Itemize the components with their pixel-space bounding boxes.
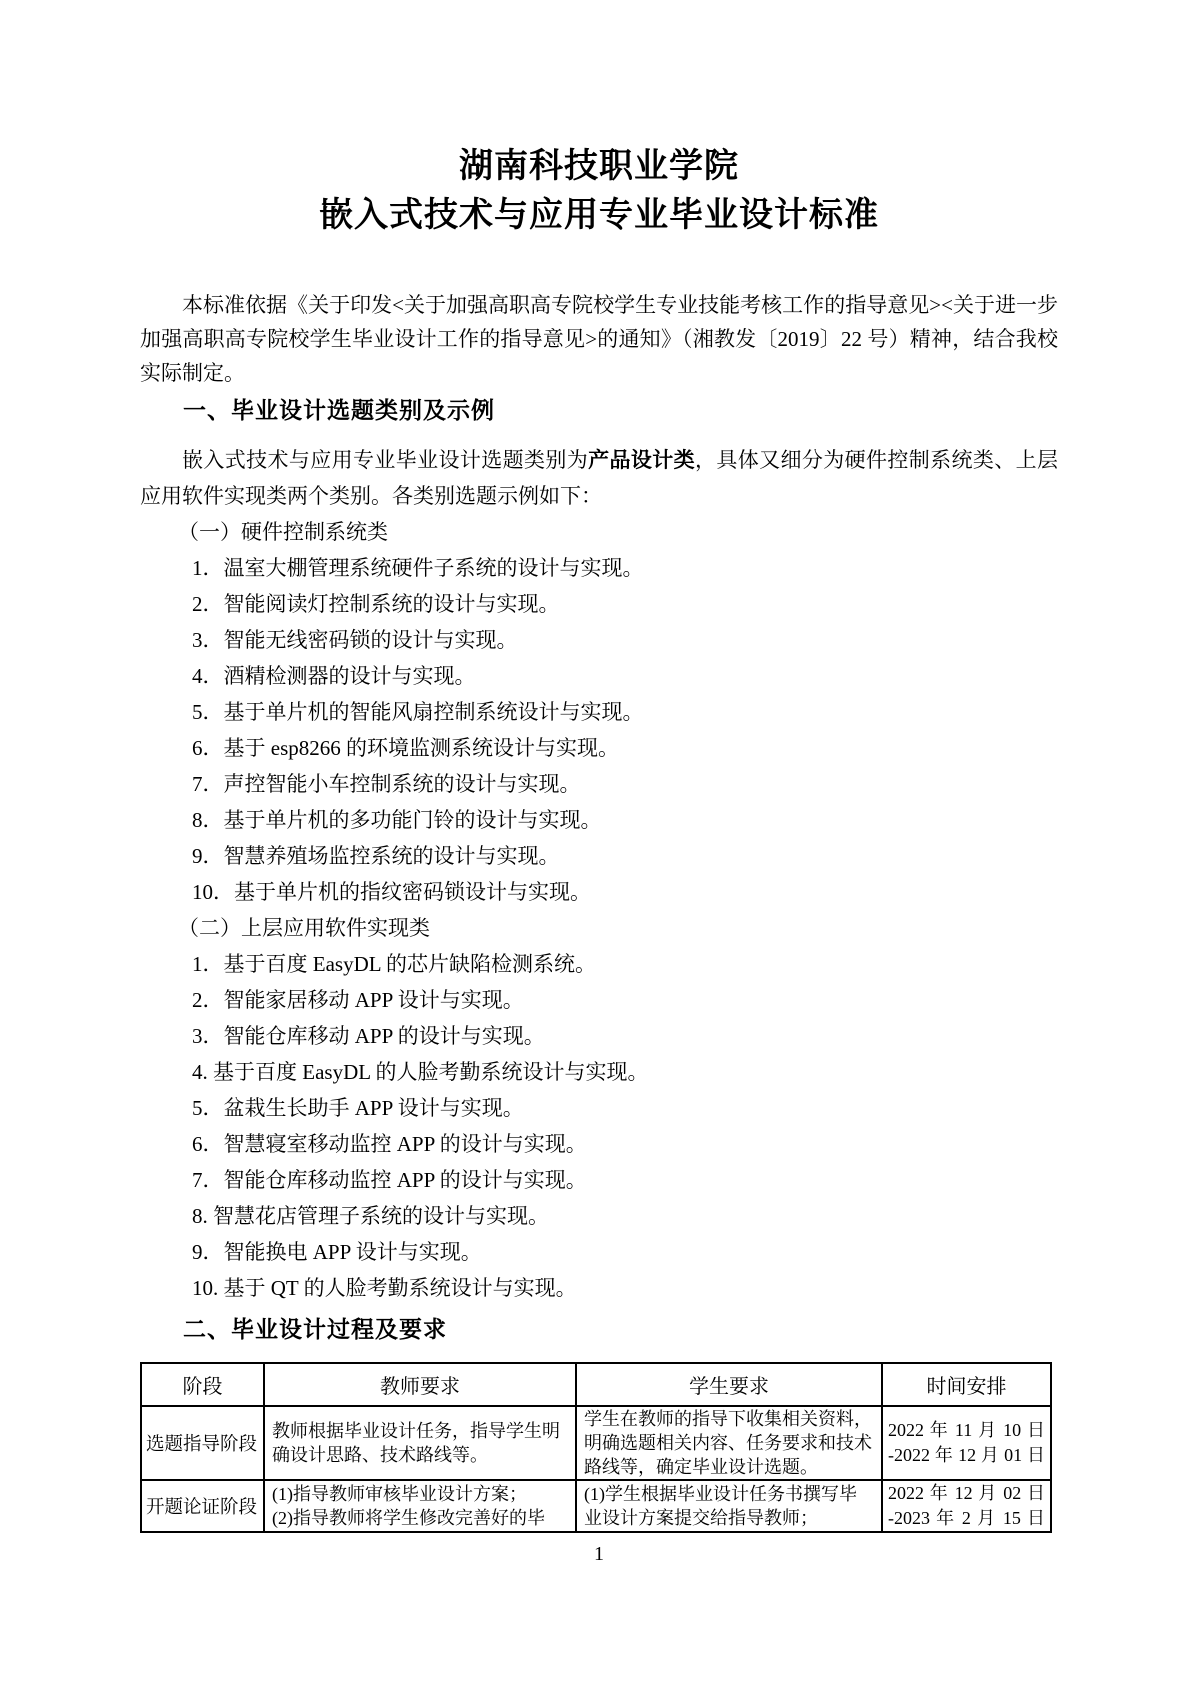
header-cell-stage: 阶段 <box>141 1363 264 1406</box>
hardware-topic-item: 5．基于单片机的智能风扇控制系统设计与实现。 <box>140 694 1058 730</box>
hardware-topic-item: 7．声控智能小车控制系统的设计与实现。 <box>140 766 1058 802</box>
subsection-1-heading: （一）硬件控制系统类 <box>140 514 1058 550</box>
section-1-lead-paragraph: 嵌入式技术与应用专业毕业设计选题类别为产品设计类，具体又细分为硬件控制系统类、上… <box>140 442 1058 514</box>
software-topic-item: 1．基于百度 EasyDL 的芯片缺陷检测系统。 <box>140 946 1058 982</box>
header-cell-student: 学生要求 <box>576 1363 882 1406</box>
software-topic-item: 9．智能换电 APP 设计与实现。 <box>140 1234 1058 1270</box>
software-topic-item: 7．智能仓库移动监控 APP 的设计与实现。 <box>140 1162 1058 1198</box>
hardware-topic-item: 8．基于单片机的多功能门铃的设计与实现。 <box>140 802 1058 838</box>
student-cell: 学生在教师的指导下收集相关资料， 明确选题相关内容、任务要求和技术 路线等，确定… <box>576 1406 882 1480</box>
title-line-1: 湖南科技职业学院 <box>140 142 1058 191</box>
process-requirements-table: 阶段 教师要求 学生要求 时间安排 选题指导阶段 教师根据毕业设计任务，指导学生… <box>140 1362 1052 1533</box>
section-1-heading: 一、毕业设计选题类别及示例 <box>140 392 1058 428</box>
software-topic-item: 3．智能仓库移动 APP 的设计与实现。 <box>140 1018 1058 1054</box>
hardware-topic-item: 6．基于 esp8266 的环境监测系统设计与实现。 <box>140 730 1058 766</box>
stage-cell: 开题论证阶段 <box>141 1480 264 1532</box>
subsection-2-heading: （二）上层应用软件实现类 <box>140 910 1058 946</box>
stage-cell: 选题指导阶段 <box>141 1406 264 1480</box>
document-title: 湖南科技职业学院 嵌入式技术与应用专业毕业设计标准 <box>140 142 1058 240</box>
header-cell-time: 时间安排 <box>882 1363 1051 1406</box>
hardware-topic-item: 1．温室大棚管理系统硬件子系统的设计与实现。 <box>140 550 1058 586</box>
category-bold-text: 产品设计类 <box>588 448 695 472</box>
teacher-cell: (1)指导教师审核毕业设计方案； (2)指导教师将学生修改完善好的毕 <box>264 1480 576 1532</box>
title-line-2: 嵌入式技术与应用专业毕业设计标准 <box>140 191 1058 240</box>
software-topic-item: 10. 基于 QT 的人脸考勤系统设计与实现。 <box>140 1270 1058 1306</box>
document-page: 湖南科技职业学院 嵌入式技术与应用专业毕业设计标准 本标准依据《关于印发<关于加… <box>0 0 1191 1684</box>
section-1-body: 嵌入式技术与应用专业毕业设计选题类别为产品设计类，具体又细分为硬件控制系统类、上… <box>140 442 1058 1306</box>
table-row: 选题指导阶段 教师根据毕业设计任务，指导学生明 确设计思路、技术路线等。 学生在… <box>141 1406 1051 1480</box>
software-topic-item: 6．智慧寝室移动监控 APP 的设计与实现。 <box>140 1126 1058 1162</box>
hardware-topic-item: 9．智慧养殖场监控系统的设计与实现。 <box>140 838 1058 874</box>
teacher-cell: 教师根据毕业设计任务，指导学生明 确设计思路、技术路线等。 <box>264 1406 576 1480</box>
table-row: 开题论证阶段 (1)指导教师审核毕业设计方案； (2)指导教师将学生修改完善好的… <box>141 1480 1051 1532</box>
table-header-row: 阶段 教师要求 学生要求 时间安排 <box>141 1363 1051 1406</box>
document-content: 湖南科技职业学院 嵌入式技术与应用专业毕业设计标准 本标准依据《关于印发<关于加… <box>140 0 1058 1565</box>
section-2-heading: 二、毕业设计过程及要求 <box>140 1314 1058 1344</box>
student-cell: (1)学生根据毕业设计任务书撰写毕 业设计方案提交给指导教师； <box>576 1480 882 1532</box>
software-topic-item: 2．智能家居移动 APP 设计与实现。 <box>140 982 1058 1018</box>
software-topic-item: 8. 智慧花店管理子系统的设计与实现。 <box>140 1198 1058 1234</box>
lead-text-before: 嵌入式技术与应用专业毕业设计选题类别为 <box>182 448 588 472</box>
page-number: 1 <box>140 1543 1058 1565</box>
time-cell: 2022 年 12 月 02 日 -2023 年 2 月 15 日 <box>882 1480 1051 1532</box>
software-topic-item: 5．盆栽生长助手 APP 设计与实现。 <box>140 1090 1058 1126</box>
hardware-topic-item: 3．智能无线密码锁的设计与实现。 <box>140 622 1058 658</box>
intro-paragraph: 本标准依据《关于印发<关于加强高职高专院校学生专业技能考核工作的指导意见><关于… <box>140 288 1058 390</box>
hardware-topic-item: 10．基于单片机的指纹密码锁设计与实现。 <box>140 874 1058 910</box>
header-cell-teacher: 教师要求 <box>264 1363 576 1406</box>
hardware-topic-item: 2．智能阅读灯控制系统的设计与实现。 <box>140 586 1058 622</box>
hardware-topic-item: 4．酒精检测器的设计与实现。 <box>140 658 1058 694</box>
time-cell: 2022 年 11 月 10 日 -2022 年 12 月 01 日 <box>882 1406 1051 1480</box>
software-topic-item: 4. 基于百度 EasyDL 的人脸考勤系统设计与实现。 <box>140 1054 1058 1090</box>
